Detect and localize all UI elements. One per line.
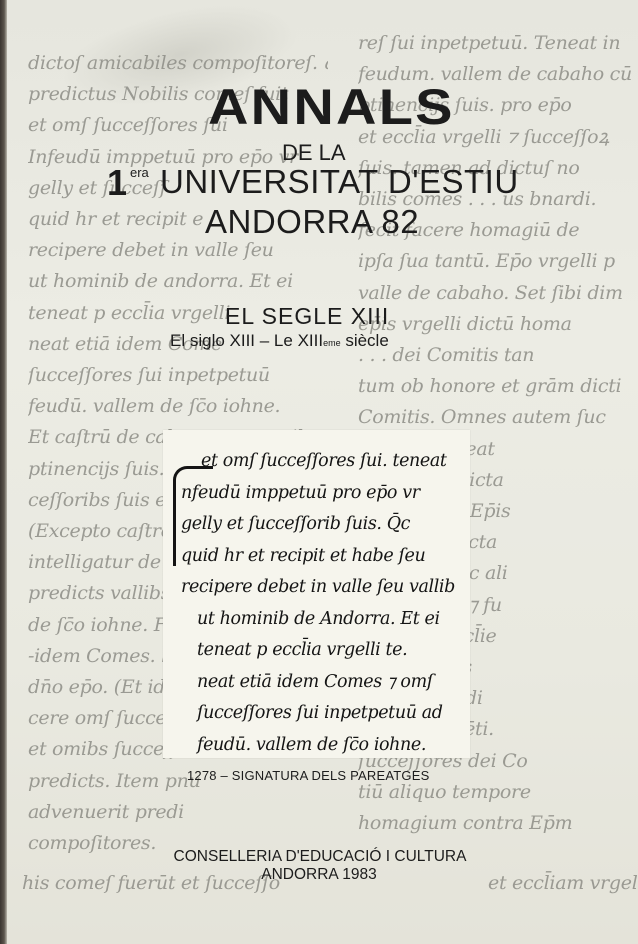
manuscript-background-line: valle de cabaho. Set ſibi dim — [358, 278, 638, 309]
publisher-block: CONSELLERIA D'EDUCACIÓ I CULTURA ANDORRA… — [0, 848, 638, 884]
manuscript-background-line: Comitis. Omnes autem ſuc — [358, 402, 638, 433]
manuscript-background-line: homagium contra Ep̄m — [358, 808, 638, 839]
publisher-name: CONSELLERIA D'EDUCACIÓ I CULTURA — [0, 848, 638, 866]
title-annals: ANNALS — [208, 82, 466, 132]
manuscript-background-line: reſ ſui inpetpetuū. Teneat in — [358, 28, 638, 59]
title-location-year: ANDORRA 82 — [205, 204, 419, 240]
book-cover: dictoſ amicabiles compoſitoreſ. qpredict… — [0, 0, 638, 944]
cover-left-edge — [0, 0, 7, 944]
manuscript-background-line: ut hominib de andorra. Et ei — [28, 266, 328, 297]
manuscript-background-line: . . . dei Comitis tan — [358, 340, 638, 371]
manuscript-line: et omſ ſucceſſores ſui. teneat — [163, 446, 470, 478]
manuscript-line: neat etiā idem Comes ⁊ omſ — [163, 667, 470, 699]
subtitle-spanish-french: El siglo XIII – Le XIII — [170, 331, 323, 350]
manuscript-line: nfeudū imppetuū pro ep̄o vr — [163, 478, 470, 510]
subtitle-french-ordinal-suffix: eme — [323, 338, 341, 348]
manuscript-line: quid hr et recipit et habe ſeu — [163, 541, 470, 573]
manuscript-background-line: dictoſ amicabiles compoſitoreſ. q — [28, 48, 328, 79]
title-ordinal-suffix: era — [130, 166, 149, 180]
manuscript-inset: et omſ ſucceſſores ſui. teneat nfeudū im… — [163, 430, 470, 758]
manuscript-background-line: feudū. vallem de ſc̄o iohne. — [28, 391, 328, 422]
manuscript-line: feudū. vallem de ſc̄o iohne. — [163, 730, 470, 762]
manuscript-line: teneat p eccl̄ia vrgelli te. — [163, 635, 470, 667]
publisher-place-year: ANDORRA 1983 — [0, 866, 638, 884]
subtitle-translations: El siglo XIII – Le XIIIeme siècle — [170, 331, 389, 353]
manuscript-background-line: ſucceſſores ſui inpetpetuū — [28, 360, 328, 391]
manuscript-line: ut hominib de Andorra. Et ei — [163, 604, 470, 636]
manuscript-line: recipere debet in valle ſeu vallib — [163, 572, 470, 604]
manuscript-line: ſucceſſores ſui inpetpetuū ad — [163, 698, 470, 730]
manuscript-inset-text: et omſ ſucceſſores ſui. teneat nfeudū im… — [163, 446, 470, 761]
manuscript-background-line: tum ob honore et grām dicti — [358, 371, 638, 402]
manuscript-line: gelly et ſucceſſorib ſuis. Q̄c — [163, 509, 470, 541]
inset-caption: 1278 – SIGNATURA DELS PAREATGES — [187, 768, 429, 783]
manuscript-background-line: ipſa ſua tantū. Ep̄o vrgelli p — [358, 246, 638, 277]
subtitle-catalan: EL SEGLE XIII — [225, 304, 389, 329]
manuscript-background-line: ep̄is vrgelli dictū homa — [358, 309, 638, 340]
title-institution: UNIVERSITAT D'ESTIU — [160, 164, 519, 200]
title-de-la: DE LA — [282, 141, 346, 165]
manuscript-background-line: advenuerit predi — [28, 797, 328, 828]
subtitle-french-word: siècle — [345, 331, 388, 350]
title-ordinal-number: 1 — [107, 164, 127, 202]
